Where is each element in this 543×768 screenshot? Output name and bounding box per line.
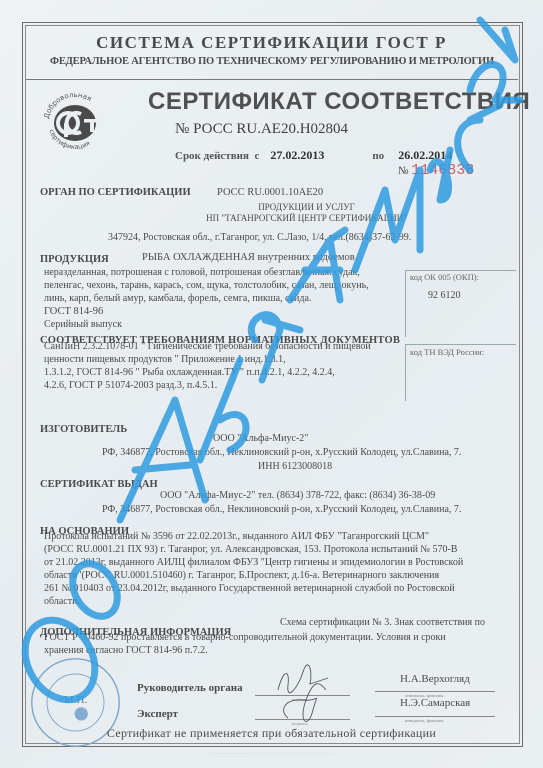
expert-name: Н.Э.Самарская <box>400 697 470 709</box>
manufacturer-inn: ИНН 6123008018 <box>258 461 332 472</box>
additional-line-1: ГОСТ Р 50460-92 проставляется в товарно-… <box>44 631 446 644</box>
system-title: СИСТЕМА СЕРТИФИКАЦИИ ГОСТ Р <box>0 33 543 53</box>
serial-number: № 1146838 <box>398 162 474 179</box>
expert-label: Эксперт <box>137 708 178 720</box>
manufacturer-label: ИЗГОТОВИТЕЛЬ <box>40 424 127 435</box>
certification-body-line1: ПРОДУКЦИИ И УСЛУГ <box>0 202 543 212</box>
certificate-title: СЕРТИФИКАТ СООТВЕТСТВИЯ <box>148 88 530 116</box>
okp-code-value: 92 6120 <box>428 290 461 301</box>
product-line-2: пеленгас, чехонь, тарань, карась, сом, щ… <box>44 279 369 292</box>
additional-text: ГОСТ Р 50460-92 проставляется в товарно-… <box>44 631 446 657</box>
serial-value: 1146838 <box>411 162 474 179</box>
rst-logo-icon: Добровольная сертификация <box>40 92 110 154</box>
basis-line-2: от 21.02.2013г, выданного АИЛЦ филиалом … <box>44 556 463 569</box>
header-divider <box>26 79 518 80</box>
certification-body-code: РОСС RU.0001.10АЕ20 <box>217 187 323 198</box>
basis-line-1: (РОСС RU.0001.21 ПХ 93) г. Таганрог, ул.… <box>44 543 463 556</box>
number-prefix: № <box>175 121 189 137</box>
serial-prefix: № <box>398 165 409 177</box>
tnved-code-label: код ТН ВЭД России: <box>410 347 484 357</box>
product-line-5: Серийный выпуск <box>44 318 369 331</box>
manufacturer-name: ООО "Альфа-Миус-2" <box>213 433 308 444</box>
head-label: Руководитель органа <box>137 682 243 694</box>
agency-name: ФЕДЕРАЛЬНОЕ АГЕНТСТВО ПО ТЕХНИЧЕСКОМУ РЕ… <box>26 56 518 67</box>
compliance-line-1: ценности пищевых продуктов " Приложение … <box>44 353 371 366</box>
expert-name-line <box>375 716 495 717</box>
product-line-4: ГОСТ 814-96 <box>44 305 369 318</box>
product-description: неразделанная, потрошеная с головой, пот… <box>44 266 369 331</box>
certification-body-line2: НП "ТАГАНРОГСКИЙ ЦЕНТР СЕРТИФИКАЦИИ" <box>0 213 543 223</box>
head-name-line <box>375 691 495 692</box>
basis-line-0: Протокола испытаний № 3596 от 22.02.2013… <box>44 530 463 543</box>
head-name: Н.А.Верхогляд <box>400 673 470 685</box>
product-line-3: линь, карп, белый амур, камбала, форель,… <box>44 292 369 305</box>
basis-line-5: области. <box>44 595 463 608</box>
additional-line-0: Схема сертификации № 3. Знак соответстви… <box>280 617 485 628</box>
valid-to: 26.02.2014 <box>398 148 452 162</box>
to-label: по <box>372 150 384 162</box>
product-label: ПРОДУКЦИЯ <box>40 254 109 265</box>
signature-icon <box>258 660 348 730</box>
footer-note: Сертификат не применяется при обязательн… <box>0 726 543 741</box>
manufacturer-address: РФ, 346877, Ростовская обл., Неклиновски… <box>102 447 461 458</box>
issued-to-label: СЕРТИФИКАТ ВЫДАН <box>40 479 158 490</box>
basis-line-3: области"(РОСС RU.0001.510460) г. Таганро… <box>44 569 463 582</box>
product-line-0: РЫБА ОХЛАЖДЕННАЯ внутренних водоемов <box>142 252 355 263</box>
number-value: РОСС RU.АЕ20.Н02804 <box>193 121 348 137</box>
certification-body-address: 347924, Ростовская обл., г.Таганрог, ул.… <box>108 232 411 243</box>
basis-text: Протокола испытаний № 3596 от 22.02.2013… <box>44 530 463 608</box>
product-line-1: неразделанная, потрошеная с головой, пот… <box>44 266 369 279</box>
issued-to-line1: ООО "Альфа-Миус-2" тел. (8634) 378-722, … <box>160 490 435 501</box>
basis-line-4: 261 № 010403 от 23.04.2012г, выданного Г… <box>44 582 463 595</box>
certification-body-label: ОРГАН ПО СЕРТИФИКАЦИИ <box>40 187 191 198</box>
validity-label: Срок действия <box>175 150 249 162</box>
okp-code-label: код ОК 005 (ОКП): <box>410 272 479 282</box>
compliance-documents: СанПиН 2.3.2.1078-01 " Гигиенические тре… <box>44 340 371 392</box>
certificate-number: № РОСС RU.АЕ20.Н02804 <box>175 121 348 138</box>
compliance-line-2: 1.3.1.2, ГОСТ 814-96 " Рыба охлажденная.… <box>44 366 371 379</box>
expert-name-caption: инициалы, фамилия <box>405 718 444 723</box>
validity-period: Срок действия с 27.02.2013по26.02.2014 <box>175 148 452 163</box>
compliance-line-3: 4.2.6, ГОСТ Р 51074-2003 разд.3, п.4.5.1… <box>44 379 371 392</box>
stamp-label: М.П. <box>64 694 87 706</box>
issued-to-line2: РФ, 346877, Ростовская обл., Неклиновски… <box>102 504 461 515</box>
valid-from: 27.02.2013 <box>270 148 324 162</box>
from-label: с <box>254 150 259 162</box>
printer-fine-print: ········································… <box>0 752 543 756</box>
compliance-line-0: СанПиН 2.3.2.1078-01 " Гигиенические тре… <box>44 340 371 353</box>
